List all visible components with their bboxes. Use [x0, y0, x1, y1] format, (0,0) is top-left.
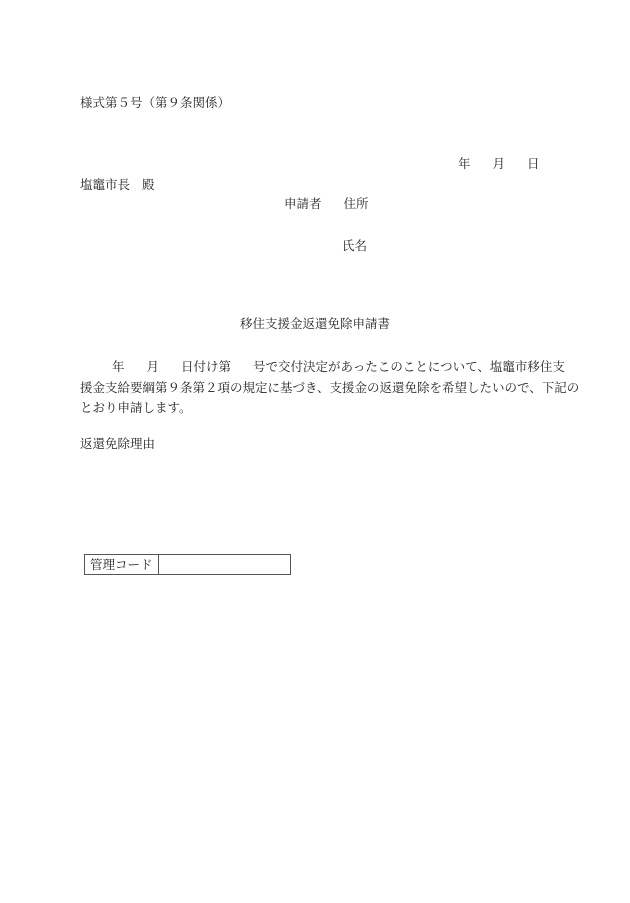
- addressee: 塩竈市長殿: [80, 179, 155, 192]
- management-code-label: 管理コード: [85, 555, 159, 575]
- day-label: 日: [527, 158, 540, 171]
- date-line: 年月日: [458, 158, 540, 171]
- addressee-title: 塩竈市長: [80, 177, 130, 192]
- management-code-field[interactable]: [159, 555, 291, 575]
- body-paragraph: 年月日付け第号で交付決定があったこのことについて、塩竈市移住支 援金支給要綱第９…: [80, 357, 548, 419]
- reason-label: 返還免除理由: [80, 438, 155, 451]
- name-label: 氏名: [342, 240, 367, 253]
- document-title: 移住支援金返還免除申請書: [0, 318, 630, 331]
- addressee-honorific: 殿: [142, 177, 155, 192]
- applicant-label: 申請者: [284, 196, 322, 211]
- address-label: 住所: [344, 196, 369, 211]
- body-line-2: 援金支給要綱第９条第２項の規定に基づき、支援金の返還免除を希望したいので、下記の: [80, 378, 548, 399]
- management-code-table: 管理コード: [84, 554, 291, 575]
- form-number: 様式第５号（第９条関係）: [80, 97, 230, 110]
- body-line-3: とおり申請します。: [80, 398, 548, 419]
- year-label: 年: [458, 158, 471, 171]
- month-label: 月: [493, 158, 506, 171]
- body-line-1: 年月日付け第号で交付決定があったこのことについて、塩竈市移住支: [80, 357, 548, 378]
- applicant-block: 申請者住所: [284, 198, 369, 211]
